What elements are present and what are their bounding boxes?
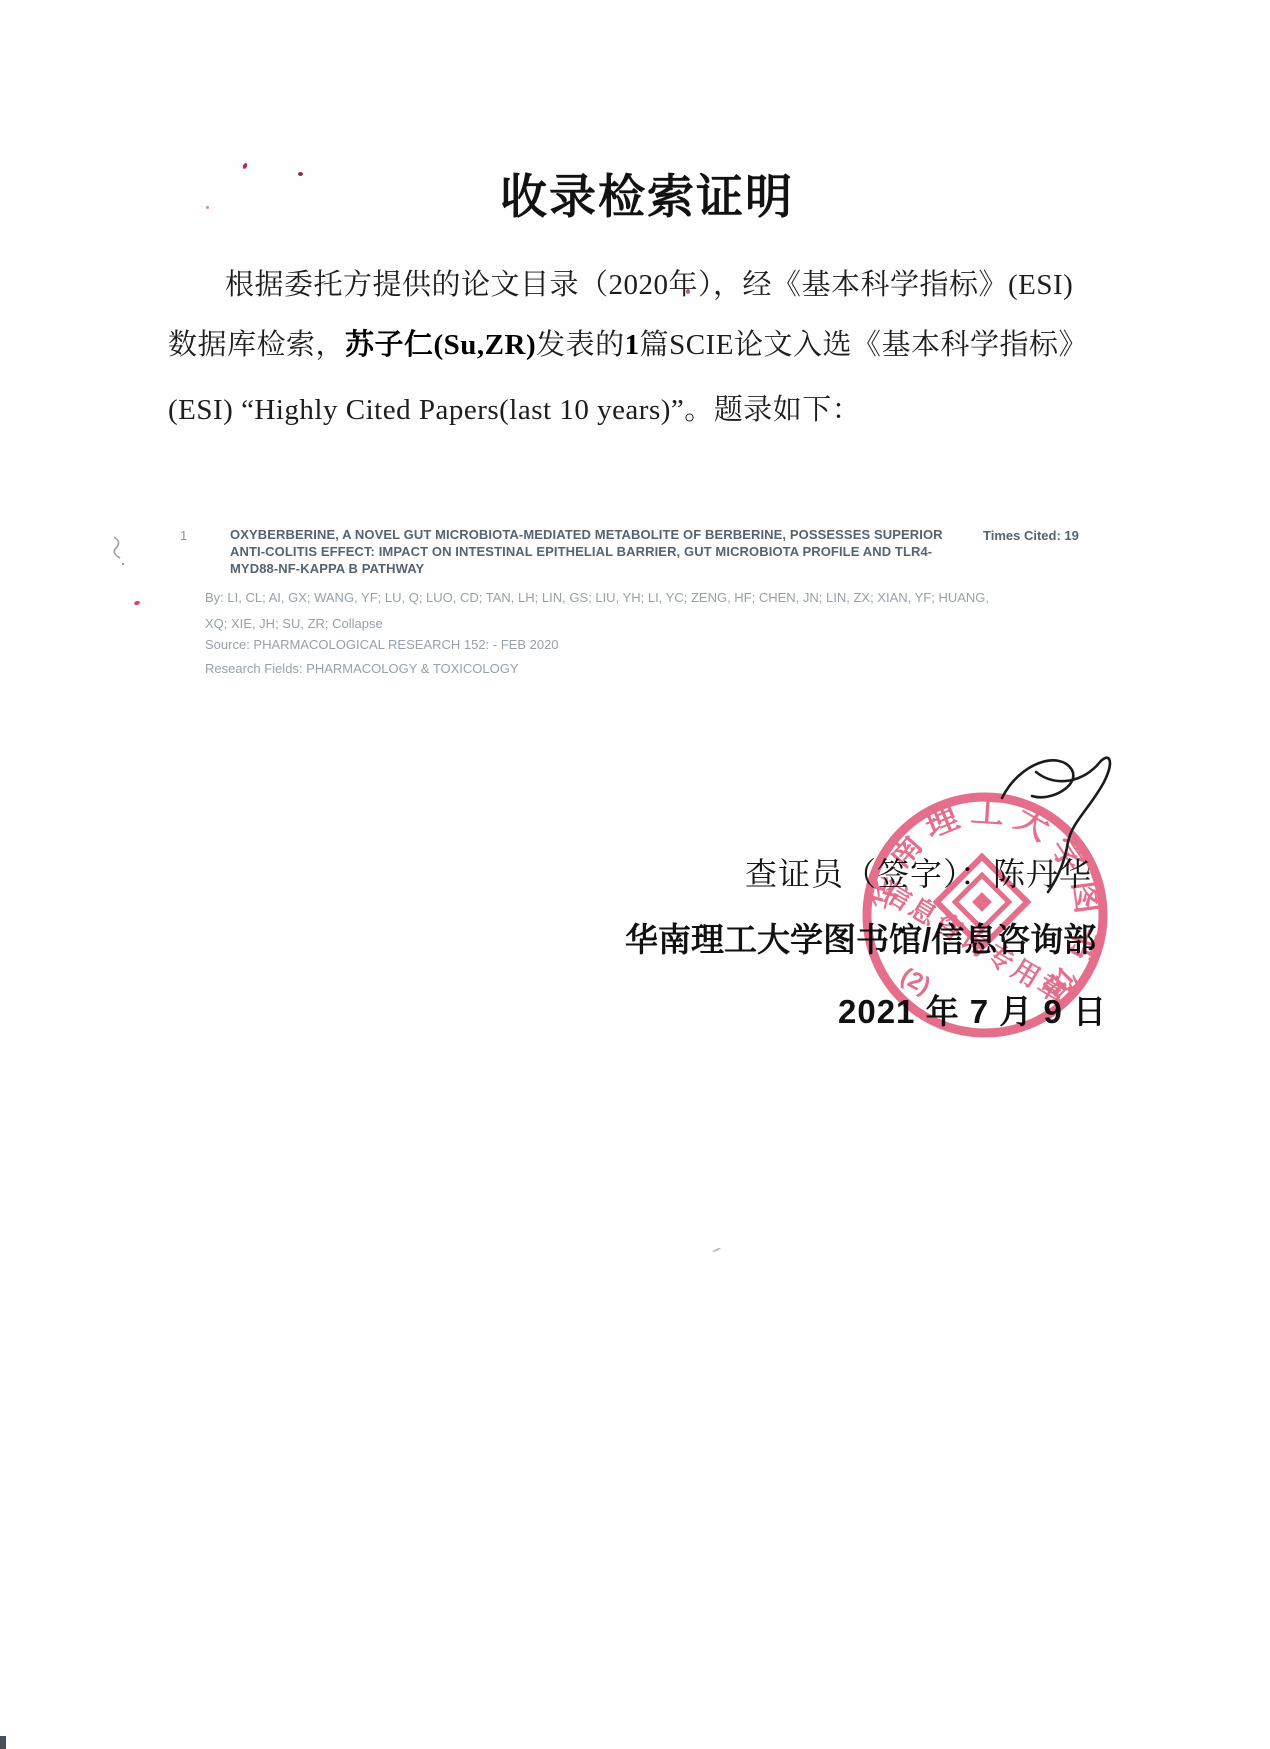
times-cited: Times Cited: 19	[983, 528, 1079, 543]
scan-speck	[686, 289, 690, 294]
scan-speck	[133, 600, 140, 606]
body-text: 发表的	[536, 329, 625, 361]
citation-research-fields: Research Fields: PHARMACOLOGY & TOXICOLO…	[205, 661, 519, 676]
paper-count-bold: 1	[625, 329, 640, 361]
scan-margin-mark	[108, 534, 128, 568]
page-title: 收录检索证明	[500, 160, 794, 227]
scan-speck	[206, 206, 209, 209]
citation-number: 1	[180, 528, 187, 543]
scan-speck	[242, 162, 248, 169]
author-name-bold: 苏子仁(Su,ZR)	[345, 329, 536, 361]
citation-title: OXYBERBERINE, A NOVEL GUT MICROBIOTA-MED…	[230, 526, 950, 577]
body-line-2: 数据库检索，苏子仁(Su,ZR)发表的1篇SCIE论文入选《基本科学指标》	[168, 322, 1088, 363]
citation-source: Source: PHARMACOLOGICAL RESEARCH 152: - …	[205, 637, 559, 652]
certificate-page: 收录检索证明 根据委托方提供的论文目录（2020年），经《基本科学指标》(ESI…	[0, 0, 1270, 1749]
handwritten-signature	[988, 740, 1128, 900]
body-text: 篇SCIE论文入选《基本科学指标》	[640, 329, 1088, 361]
citation-authors: By: LI, CL; AI, GX; WANG, YF; LU, Q; LUO…	[205, 585, 990, 637]
body-line-1: 根据委托方提供的论文目录（2020年），经《基本科学指标》(ESI)	[225, 262, 1073, 303]
body-text: 数据库检索，	[168, 329, 345, 361]
body-line-3: (ESI) “Highly Cited Papers(last 10 years…	[168, 387, 861, 428]
scan-speck	[712, 1247, 721, 1253]
scan-edge-artifact	[0, 1736, 6, 1749]
scan-speck	[298, 172, 303, 176]
